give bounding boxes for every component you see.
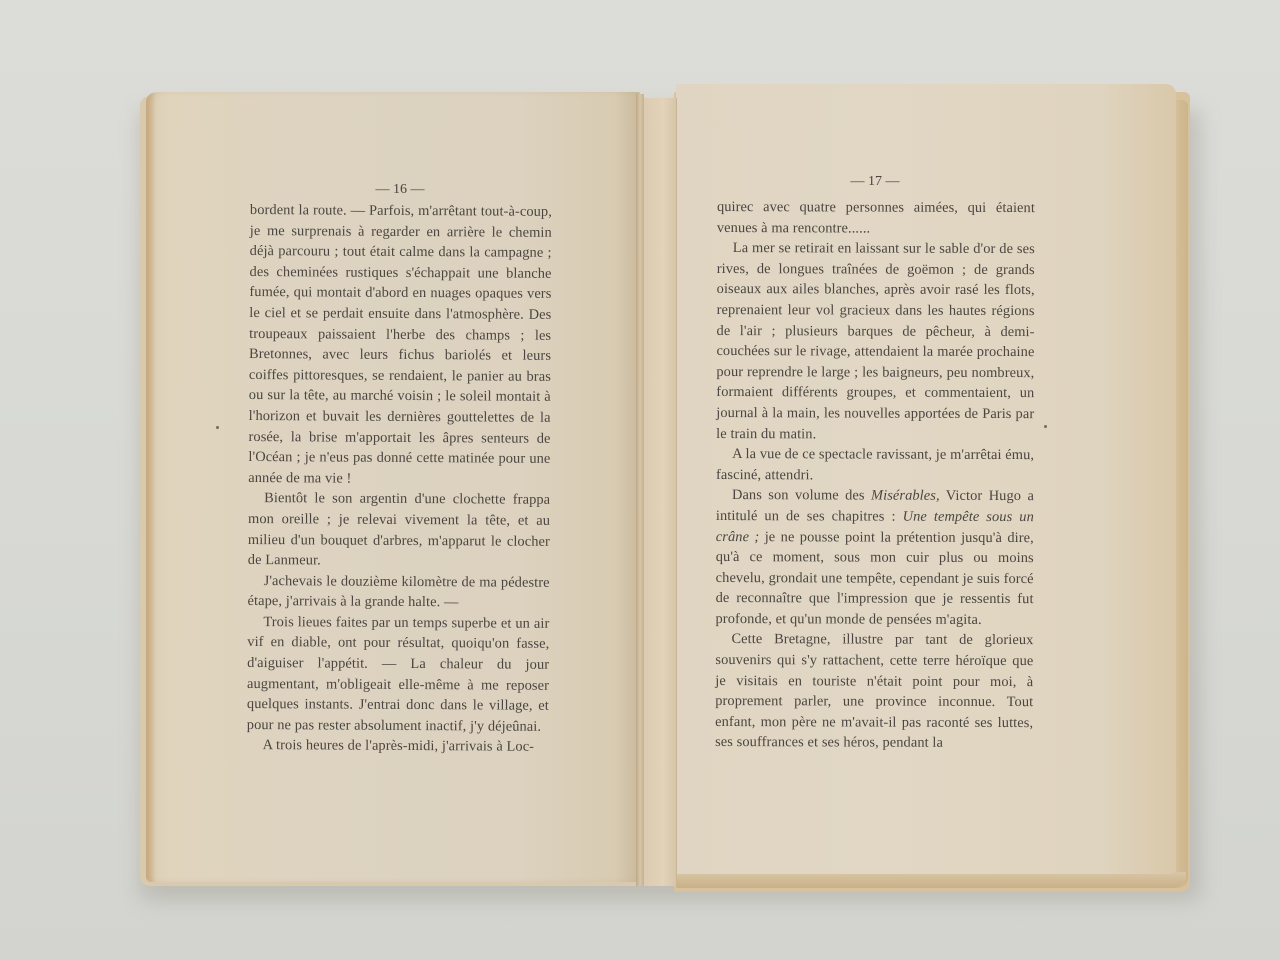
left-page-text: bordent la route. — Parfois, m'arrêtant … xyxy=(247,200,552,758)
paper-speck xyxy=(1044,425,1047,428)
paragraph: J'achevais le douzième kilomètre de ma p… xyxy=(247,571,549,614)
paragraph-with-italics: Dans son volume des Misérables, Victor H… xyxy=(715,485,1034,630)
italic-title-miserables: Misérables, xyxy=(871,488,940,504)
book-gutter xyxy=(636,94,644,886)
text-run: je ne pousse point la prétention jusqu'à… xyxy=(715,529,1033,628)
right-page-bottom-edge xyxy=(676,872,1186,888)
page-number-left: — 16 — xyxy=(360,182,440,198)
paragraph: Bientôt le son argentin d'une clochette … xyxy=(248,488,550,572)
paragraph: A trois heures de l'après-midi, j'arriva… xyxy=(247,735,549,757)
paper-speck xyxy=(216,426,219,429)
paragraph: A la vue de ce spectacle ravissant, je m… xyxy=(716,444,1034,486)
paragraph: La mer se retirait en laissant sur le sa… xyxy=(716,238,1035,445)
gutter-leaf-strip xyxy=(644,98,677,886)
text-run: Dans son volume des xyxy=(732,487,871,503)
right-page-text: quirec avec quatre personnes aimées, qui… xyxy=(715,197,1035,754)
paragraph: Cette Bretagne, illustre par tant de glo… xyxy=(715,629,1033,754)
photo-scene: — 16 — bordent la route. — Parfois, m'ar… xyxy=(0,0,1280,960)
paragraph: quirec avec quatre personnes aimées, qui… xyxy=(717,197,1035,239)
page-number-right: — 17 — xyxy=(835,174,915,190)
paragraph: bordent la route. — Parfois, m'arrêtant … xyxy=(248,200,552,490)
paragraph: Trois lieues faites par un temps superbe… xyxy=(247,612,550,737)
